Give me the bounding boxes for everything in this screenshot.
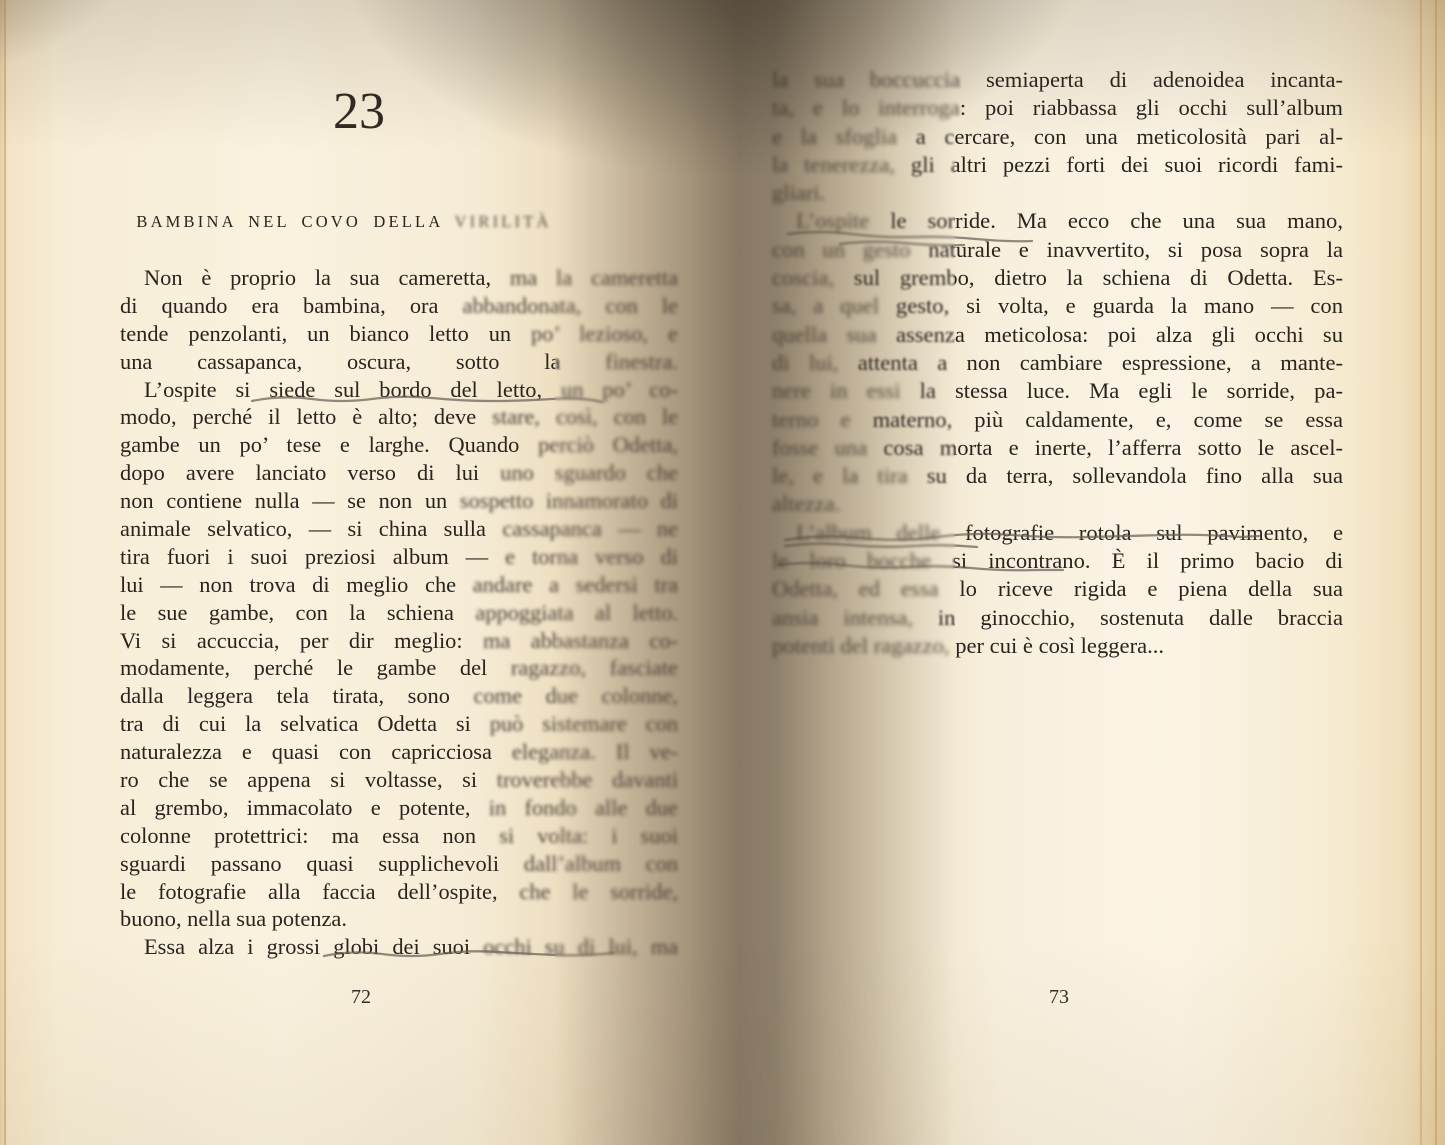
line-segment-clear: fotografie rotola sul pavimento, e [965,520,1343,545]
right-page: la sua boccuccia semiaperta di adenoidea… [772,0,1343,1145]
heading-text-blurred: VIRILITÀ [455,212,552,231]
text-line: colonne protettrici: ma essa non si volt… [120,822,678,850]
text-line: di lui, attenta a non cambiare espressio… [772,349,1343,377]
text-line: potenti del ragazzo, per cui è così legg… [772,632,1343,660]
line-segment-blurred: troverebbe davanti [497,767,678,792]
line-segment-blurred: quella sua [772,322,896,347]
line-segment-blurred: terno e [772,407,873,432]
text-line: ta, e lo interroga: poi riabbassa gli oc… [772,94,1343,122]
line-segment-clear: lo riceve rigida e piena della sua [959,576,1343,601]
line-segment-clear: tira fuori i suoi preziosi album — [120,544,505,569]
line-segment-blurred: come due colonne, [474,683,678,708]
text-line: una cassapanca, oscura, sotto la finestr… [120,348,678,376]
text-line: la sua boccuccia semiaperta di adenoidea… [772,66,1343,94]
text-line: tende penzolanti, un bianco letto un po’… [120,320,678,348]
text-line: le sue gambe, con la schiena appoggiata … [120,599,678,627]
line-segment-clear: tra di cui la selvatica Odetta si [120,711,490,736]
line-segment-blurred: L’album delle [796,520,965,545]
line-segment-clear: si incontrano. È il primo bacio di [952,548,1343,573]
line-segment-clear: materno, più caldamente, e, come se essa [873,407,1343,432]
line-segment-clear: modo, perché il letto è alto; deve [120,404,492,429]
line-segment-clear: in ginocchio, sostenuta dalle braccia [938,605,1343,630]
text-line: con un gesto naturale e inavvertito, si … [772,236,1343,264]
line-segment-clear: dalla leggera tela tirata, sono [120,683,474,708]
text-line: terno e materno, più caldamente, e, come… [772,406,1343,434]
text-line: modamente, perché le gambe del ragazzo, … [120,654,678,682]
line-segment-clear: semiaperta di adenoidea incanta- [986,67,1343,92]
right-page-number: 73 [1037,986,1081,1009]
line-segment-clear: per cui è così leggera... [955,633,1164,658]
line-segment-blurred: eleganza. Il ve- [512,739,678,764]
text-line: di quando era bambina, ora abbandonata, … [120,292,678,320]
line-segment-clear: gli altri pezzi forti dei suoi ricordi f… [911,152,1343,177]
line-segment-clear: naturale e inavvertito, si posa sopra la [928,237,1343,262]
line-segment-clear: le sue gambe, con la schiena [120,600,475,625]
text-line: sa, a quel gesto, si volta, e guarda la … [772,292,1343,320]
line-segment-blurred: nere in essi [772,378,920,403]
line-segment-blurred: dall’album con [524,851,678,876]
chapter-number: 23 [289,82,429,141]
line-segment-clear: naturalezza e quasi con capricciosa [120,739,512,764]
line-segment-clear: non contiene nulla — se non un [120,488,460,513]
line-segment-clear: sguardi passano quasi supplichevoli [120,851,524,876]
line-segment-blurred: ma abbastanza co- [483,628,678,653]
text-line: modo, perché il letto è alto; deve stare… [120,403,678,431]
line-segment-blurred: potenti del ragazzo, [772,633,955,658]
line-segment-clear: cosa morta e inerte, l’afferra sotto le … [883,435,1343,460]
text-line: altezza. [772,490,1343,518]
line-segment-blurred: ta, e lo interroga [772,95,960,120]
line-segment-clear: animale selvatico, — si china sulla [120,516,502,541]
line-segment-blurred: finestra. [605,349,678,374]
line-segment-blurred: occhi su di lui, ma [483,934,678,959]
line-segment-clear: Non è proprio la sua cameretta, [144,265,510,290]
text-line: non contiene nulla — se non un sospetto … [120,487,678,515]
line-segment-blurred: in fondo alle due [489,795,678,820]
text-line: ro che se appena si voltasse, si trovere… [120,766,678,794]
line-segment-blurred: e torna verso di [505,544,678,569]
text-line: Non è proprio la sua cameretta, ma la ca… [120,264,678,292]
text-line: tira fuori i suoi preziosi album — e tor… [120,543,678,571]
line-segment-clear: Essa alza i grossi globi dei suoi [144,934,483,959]
line-segment-blurred: sospetto innamorato di [460,488,678,513]
line-segment-clear: : poi riabbassa gli occhi sull’album [960,95,1343,120]
line-segment-clear: gesto, si volta, e guarda la mano — con [896,293,1343,318]
line-segment-blurred: gliari. [772,180,825,205]
line-segment-blurred: ansia intensa, [772,605,938,630]
line-segment-blurred: cassapanca — ne [502,516,678,541]
book-photo: 23 BAMBINA NEL COVO DELLA VIRILITÀ Non è… [0,0,1445,1145]
line-segment-blurred: perciò Odetta, [538,432,678,457]
line-segment-blurred: ragazzo, fasciate [511,655,678,680]
text-line: buono, nella sua potenza. [120,905,678,933]
line-segment-clear: modamente, perché le gambe del [120,655,511,680]
line-segment-blurred: si volta: i suoi [499,823,678,848]
line-segment-clear: al grembo, immacolato e potente, [120,795,489,820]
text-line: naturalezza e quasi con capricciosa eleg… [120,738,678,766]
text-line: dopo avere lanciato verso di lui uno sgu… [120,459,678,487]
left-page: 23 BAMBINA NEL COVO DELLA VIRILITÀ Non è… [120,0,678,1145]
text-line: tra di cui la selvatica Odetta si può si… [120,710,678,738]
line-segment-blurred: uno sguardo che [500,460,678,485]
line-segment-clear: assenza meticolosa: poi alza gli occhi s… [896,322,1343,347]
text-line: ansia intensa, in ginocchio, sostenuta d… [772,604,1343,632]
line-segment-blurred: altezza. [772,491,840,516]
line-segment-blurred: la sua boccuccia [772,67,986,92]
text-line: L’ospite si siede sul bordo del letto, u… [120,376,678,404]
text-line: coscia, sul grembo, dietro la schiena di… [772,264,1343,292]
text-line: L’album delle fotografie rotola sul pavi… [772,519,1343,547]
line-segment-clear: attenta a non cambiare espressione, a ma… [858,350,1343,375]
text-line: Vi si accuccia, per dir meglio: ma abbas… [120,627,678,655]
text-line: sguardi passano quasi supplichevoli dall… [120,850,678,878]
left-text-block: Non è proprio la sua cameretta, ma la ca… [120,264,678,961]
left-page-number: 72 [339,986,383,1009]
line-segment-blurred: stare, così, con le [492,404,678,429]
line-segment-clear: Vi si accuccia, per dir meglio: [120,628,483,653]
line-segment-blurred: ma la cameretta [510,265,678,290]
line-segment-blurred: che le sorride, [519,879,678,904]
line-segment-clear: una cassapanca, oscura, sotto la [120,349,605,374]
text-line: L’ospite le sorride. Ma ecco che una sua… [772,207,1343,235]
line-segment-blurred: abbandonata, con le [463,293,678,318]
line-segment-clear: le sorride. Ma ecco che una sua mano, [890,208,1343,233]
heading-text: BAMBINA NEL COVO DELLA [136,212,454,231]
line-segment-blurred: le, e la tira [772,463,927,488]
line-segment-clear: le fotografie alla faccia dell’ospite, [120,879,519,904]
line-segment-blurred: andare a sedersi tra [473,572,678,597]
line-segment-clear: lui — non trova di meglio che [120,572,473,597]
text-line: dalla leggera tela tirata, sono come due… [120,682,678,710]
line-segment-blurred: po’ lezioso, e [531,321,678,346]
line-segment-clear: L’ospite si siede sul bordo del letto, [144,377,561,402]
text-line: animale selvatico, — si china sulla cass… [120,515,678,543]
line-segment-blurred: sa, a quel [772,293,896,318]
text-line: le, e la tira su da terra, sollevandola … [772,462,1343,490]
line-segment-blurred: con un gesto [772,237,928,262]
line-segment-blurred: le loro bocche [772,548,952,573]
line-segment-clear: tende penzolanti, un bianco letto un [120,321,531,346]
line-segment-blurred: la tenerezza, [772,152,911,177]
chapter-heading: BAMBINA NEL COVO DELLA VIRILITÀ [114,212,574,232]
line-segment-clear: di quando era bambina, ora [120,293,463,318]
right-page-edge [1435,0,1437,1145]
text-line: gliari. [772,179,1343,207]
line-segment-blurred: L’ospite [796,208,890,233]
text-line: le loro bocche si incontrano. È il primo… [772,547,1343,575]
text-line: Essa alza i grossi globi dei suoi occhi … [120,933,678,961]
line-segment-blurred: di lui, [772,350,858,375]
text-line: gambe un po’ tese e larghe. Quando perci… [120,431,678,459]
line-segment-clear: la stessa luce. Ma egli le sorride, pa- [920,378,1343,403]
line-segment-clear: dopo avere lanciato verso di lui [120,460,500,485]
line-segment-clear: gambe un po’ tese e larghe. Quando [120,432,538,457]
line-segment-clear: colonne protettrici: ma essa non [120,823,499,848]
right-page-edge [1420,0,1422,1145]
line-segment-blurred: un po’ co- [561,377,678,402]
right-text-block: la sua boccuccia semiaperta di adenoidea… [772,66,1343,660]
line-segment-clear: ro che se appena si voltasse, si [120,767,497,792]
text-line: e la sfoglia a cercare, con una meticolo… [772,123,1343,151]
line-segment-blurred: coscia, [772,265,854,290]
line-segment-blurred: Odetta, ed essa [772,576,959,601]
text-line: le fotografie alla faccia dell’ospite, c… [120,878,678,906]
line-segment-blurred: e la sfoglia [772,124,916,149]
text-line: nere in essi la stessa luce. Ma egli le … [772,377,1343,405]
text-line: Odetta, ed essa lo riceve rigida e piena… [772,575,1343,603]
text-line: la tenerezza, gli altri pezzi forti dei … [772,151,1343,179]
line-segment-clear: su da terra, sollevandola fino alla sua [927,463,1343,488]
text-line: fosse una cosa morta e inerte, l’afferra… [772,434,1343,462]
line-segment-blurred: fosse una [772,435,883,460]
line-segment-clear: a cercare, con una meticolosità pari al- [916,124,1343,149]
line-segment-clear: buono, nella sua potenza. [120,906,347,931]
line-segment-clear: sul grembo, dietro la schiena di Odetta.… [854,265,1343,290]
line-segment-blurred: appoggiata al letto. [475,600,678,625]
text-line: quella sua assenza meticolosa: poi alza … [772,321,1343,349]
text-line: lui — non trova di meglio che andare a s… [120,571,678,599]
text-line: al grembo, immacolato e potente, in fond… [120,794,678,822]
left-page-edge [4,0,6,1145]
line-segment-blurred: può sistemare con [490,711,678,736]
